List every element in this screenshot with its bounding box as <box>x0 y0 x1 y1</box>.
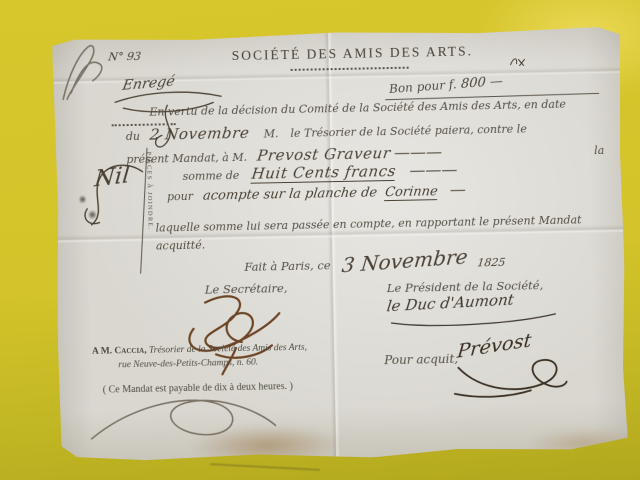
treasurer-name: A M. Caccia, <box>92 346 147 357</box>
bon-pour-amount: 800 — <box>460 74 503 92</box>
pencil-loop-icon <box>87 391 280 453</box>
dateline-printed: Fait à Paris, ce <box>244 258 330 274</box>
title-dotted-rule <box>291 65 409 71</box>
body-line-4-printed: somme de <box>183 169 240 183</box>
body-line-4-dash: ——— <box>409 160 459 180</box>
president-underline-flourish-icon <box>389 312 559 329</box>
body-line-7: acquitté. <box>156 239 205 253</box>
dateline-hand: 3 Novembre <box>341 244 469 277</box>
body-line-2-du: du <box>126 130 140 143</box>
body-line-2-m: M. <box>264 127 279 140</box>
ink-smudge-icon <box>79 195 86 204</box>
pencil-paraph-icon <box>54 40 107 103</box>
purpose-hand: acompte sur la planche de <box>202 185 378 203</box>
background-table-line <box>210 463 320 471</box>
bottom-right-stain <box>530 428 640 458</box>
body-line-3-la: la <box>594 144 604 157</box>
document-title: SOCIÉTÉ DES AMIS DES ARTS. <box>202 43 502 65</box>
body-line-5-printed: pour <box>167 190 193 203</box>
purpose-hand-underlined: Corinne <box>384 184 439 201</box>
photo-background: N° 93 Enregé SOCIÉTÉ DES AMIS DES ARTS. … <box>0 0 640 480</box>
document-number: N° 93 <box>108 50 142 64</box>
corner-mark-icon <box>507 54 527 68</box>
body-line-3-dash: ——— <box>393 142 443 162</box>
body-line-5-dash: — <box>449 180 467 199</box>
nil-annotation: Nil <box>93 162 131 192</box>
body-line-5: pour acompte sur la planche de Corinne — <box>167 180 466 206</box>
vertical-fold-crease <box>324 32 340 458</box>
acquit-flourish-icon <box>450 346 571 400</box>
acquit-label: Pour acquit, <box>384 352 458 367</box>
document-paper: N° 93 Enregé SOCIÉTÉ DES AMIS DES ARTS. … <box>52 27 628 464</box>
dateline-year: 1825 <box>477 256 507 270</box>
bon-pour-label: Bon pour f. <box>389 77 457 96</box>
ink-smudge-icon <box>88 210 96 220</box>
dateline: Fait à Paris, ce 3 Novembre 1825 <box>244 247 506 276</box>
body-line-2-rest: le Trésorier de la Société paiera, contr… <box>290 122 527 140</box>
body-line-2-date-hand: 2 Novembre <box>149 124 251 144</box>
